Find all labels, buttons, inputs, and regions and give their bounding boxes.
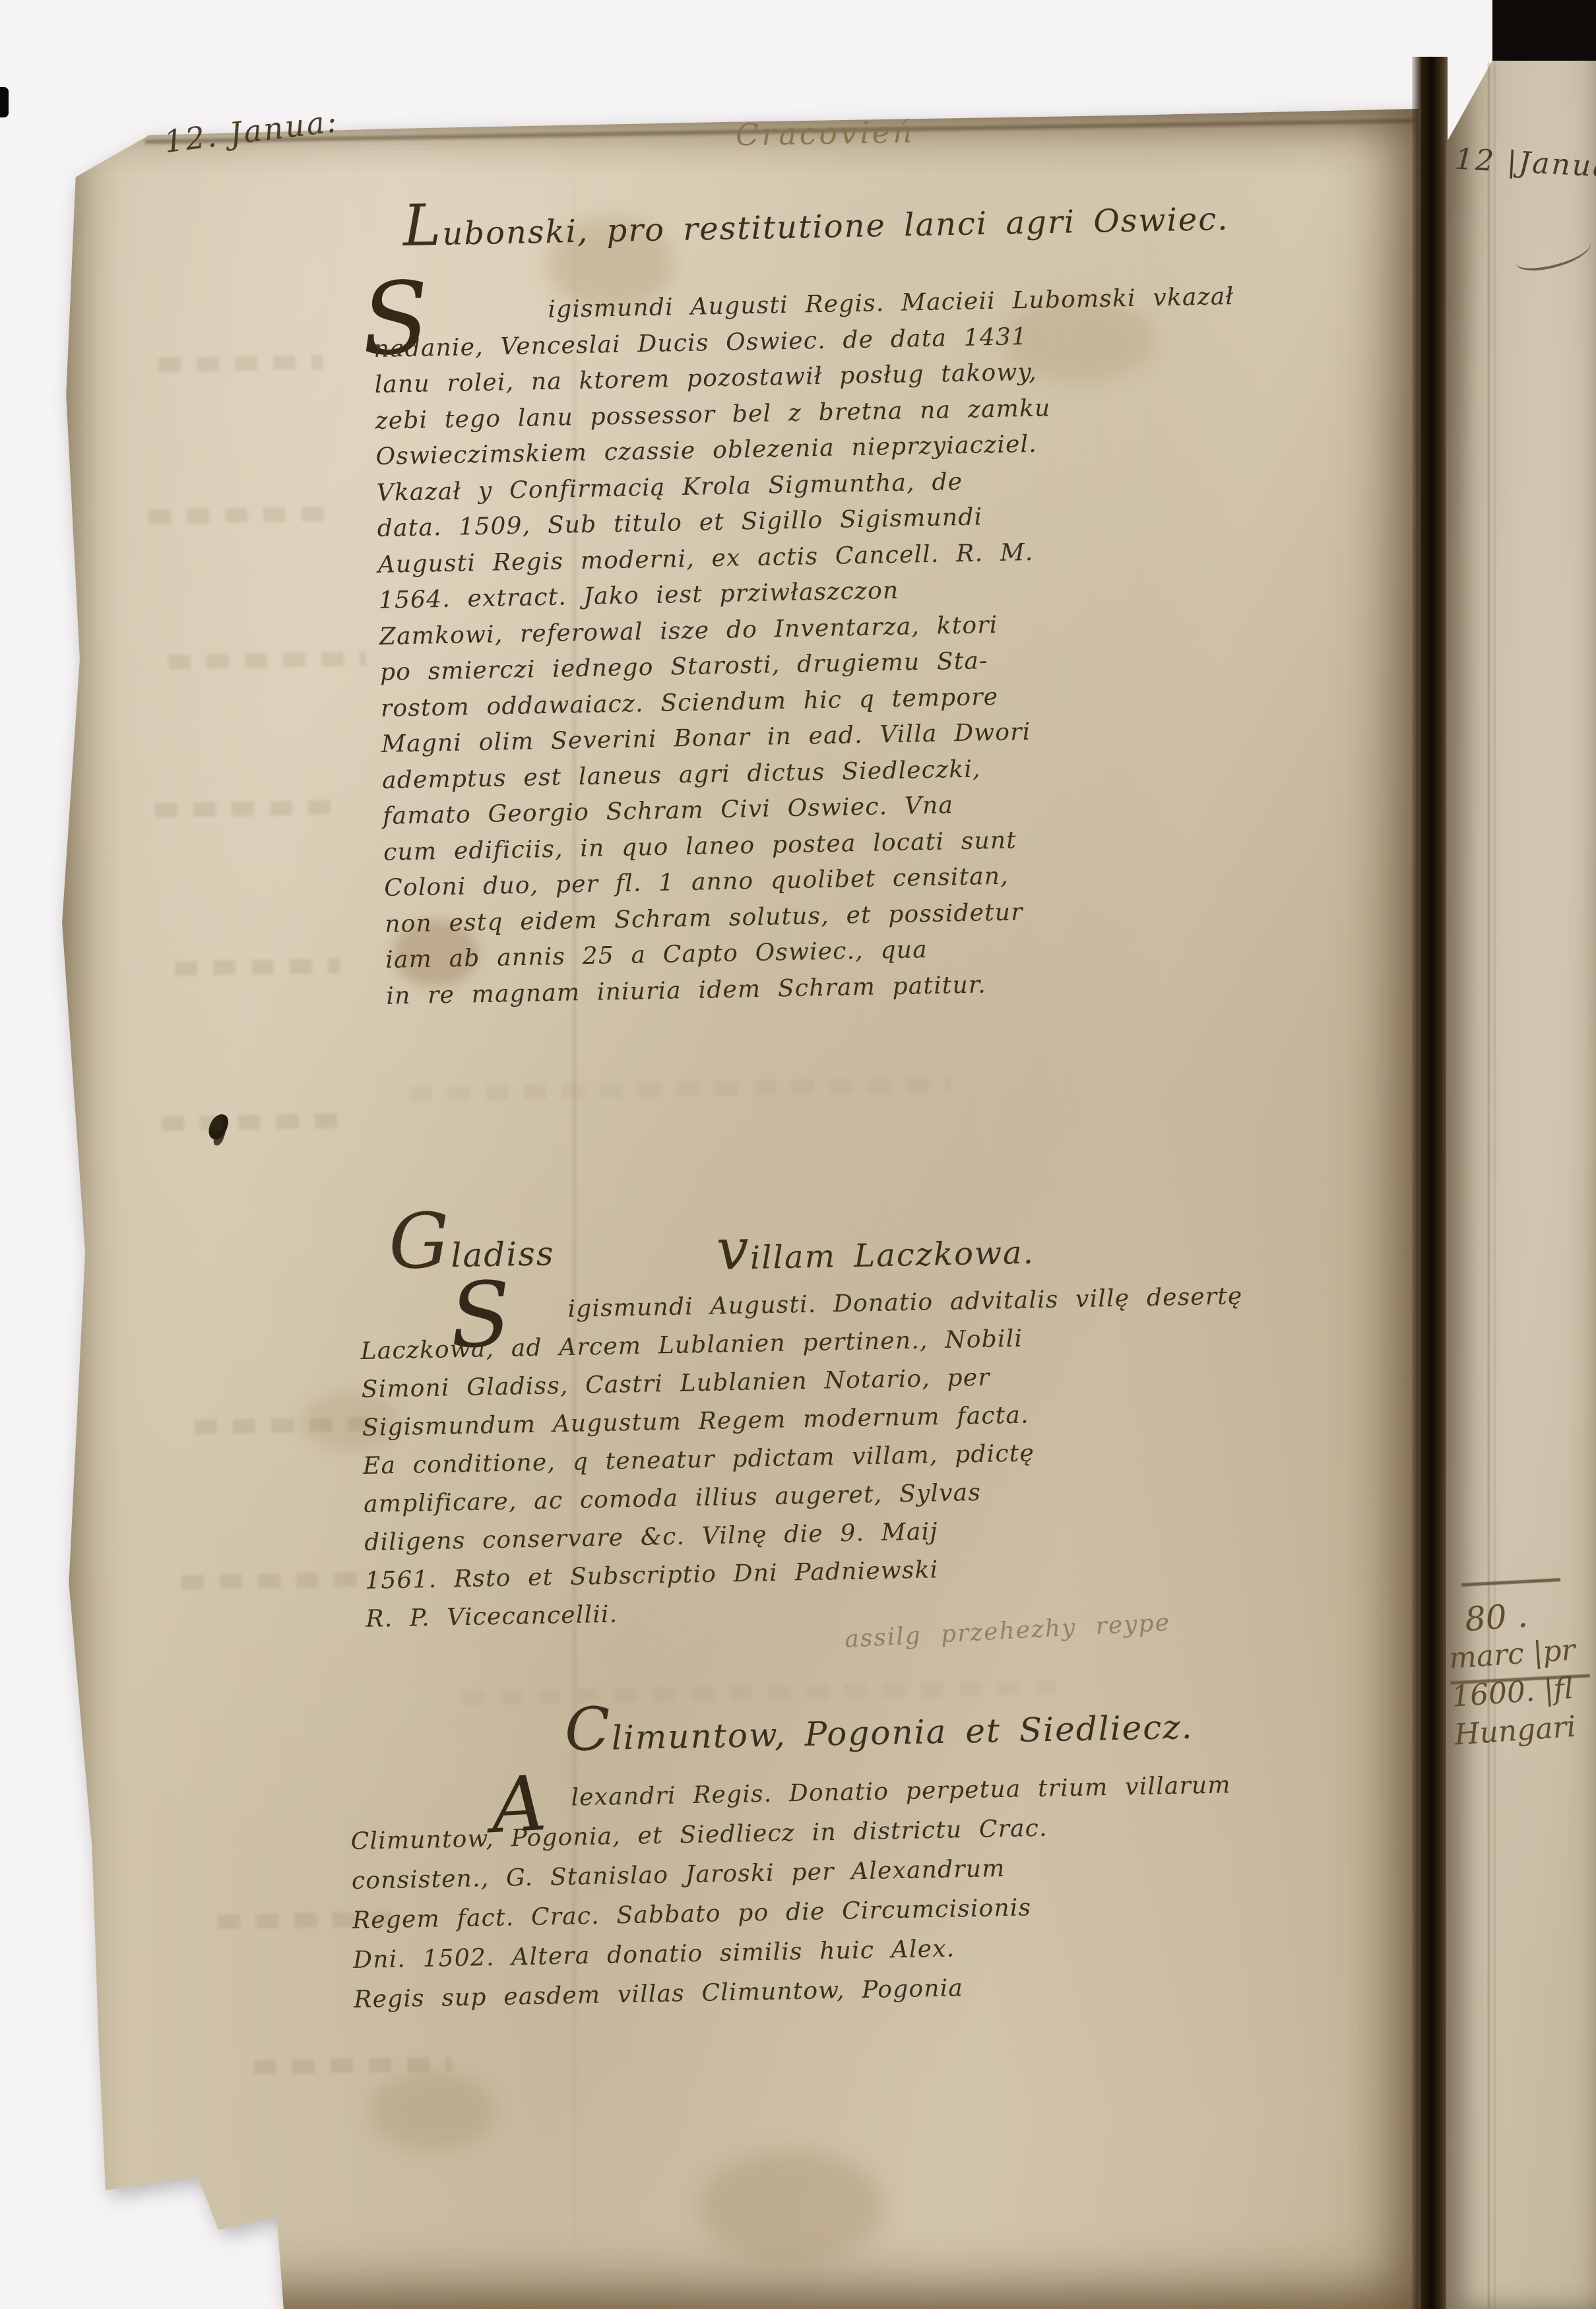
section-title-climuntow: Climuntow, Pogonia et Siedliecz. (564, 1689, 1194, 1760)
book-binding-gutter (1412, 57, 1448, 2309)
parchment-stain (369, 2072, 495, 2151)
bleedthrough-smudge (155, 800, 333, 818)
right-page-note: 80 .marc |pr1600. |flHungari (1445, 1591, 1596, 1754)
section-title-gladiss-right: villam Laczkowa. (716, 1216, 1035, 1279)
bleedthrough-smudge (195, 1417, 369, 1435)
running-head: Cracovień (736, 114, 916, 153)
paragraph-climuntow: lexandri Regis. Donatio perpetua trium v… (350, 1764, 1331, 2020)
bleedthrough-smudge (158, 355, 323, 372)
book-board-corner (1492, 0, 1596, 61)
bleedthrough-smudge (175, 959, 340, 976)
leaf-edge-line (1494, 63, 1496, 2309)
paragraph-lubonski: igismundi Augusti Regis. Macieii Lubomsk… (373, 278, 1330, 1015)
parchment-stain (699, 2151, 884, 2263)
manuscript-page-right-sliver (1446, 0, 1596, 2309)
paragraph-gladiss: igismundi Augusti. Donatio advitalis vil… (360, 1276, 1323, 1639)
scan-edge-mark (0, 87, 9, 117)
leaf-edge-line (1488, 63, 1490, 2309)
